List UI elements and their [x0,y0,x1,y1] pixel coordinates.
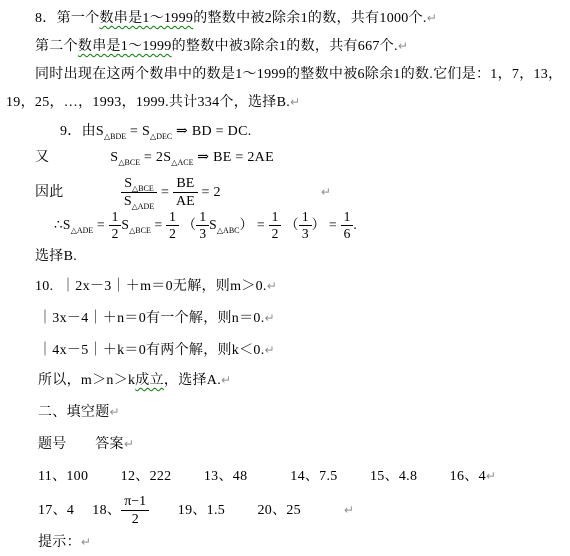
fraction: 13 [299,210,312,243]
formula-q9-result: ∴S△ADE = 12S△BCE = 12 （13S△ABC） = 12 （13… [54,206,357,244]
fraction: 13 [196,210,209,243]
subscript: △ACE [171,158,193,167]
formula-q9-line1: 9．由S△BDE = S△DEC ⇒ BD = DC. [60,122,252,141]
fraction: 16 [341,210,354,243]
text-run: 提示： [38,535,81,550]
para-q8-both-line2: 19，25，…，1993，1999.共计334个，选择B.↵ [6,93,300,112]
fraction-denominator: 6 [341,226,354,242]
text-run: 又 S [35,150,118,165]
para-q9-answer: 选择B. [35,247,77,266]
text-run: ｜4x－5｜＋k＝0有两个解，则k＜0. [38,343,265,358]
text-run: 第二个 [35,39,78,54]
text-run: = [151,217,166,232]
text-run: 的整数中被3除余1的数，共有667个. [172,39,398,54]
formula-q9-line2: 又 S△BCE = 2S△ACE ⇒ BE = 2AE [35,148,274,167]
heading-section2: 二、填空题↵ [38,403,120,422]
fraction: BEAE [173,176,198,210]
paragraph-mark-icon: ↵ [290,95,300,109]
subscript: △DEC [150,132,172,141]
subscript: △ADE [71,226,94,235]
subscript: △BCE [132,184,154,193]
fraction-denominator: 3 [196,226,209,242]
text-run: S [209,217,217,232]
fraction: 12 [269,210,282,243]
fraction-numerator: BE [173,176,198,193]
text-run: 9．由S [60,124,104,139]
answers-row1: 11、100 12、222 13、48 14、7.5 15、4.8 16、4↵ [38,467,496,486]
text-run: = 2S [140,150,171,165]
text-run: = [157,185,173,200]
paragraph-mark-icon: ↵ [267,279,277,293]
fraction-numerator: 1 [299,210,312,227]
paragraph-mark-icon: ↵ [110,405,120,419]
para-q10-line2: ｜3x－4｜＋n＝0有一个解，则n＝0.↵ [38,309,275,328]
text-run: ⇒ BD = DC. [172,124,251,139]
fraction-denominator: 3 [299,226,312,242]
para-q10-answer: 所以，m＞n＞k成立，选择A.↵ [38,371,231,390]
paragraph-mark-icon: ↵ [221,373,231,387]
fraction-denominator: 2 [269,226,282,242]
fraction: S△BCES△ADE [121,176,157,210]
text-run: ｜3x－4｜＋n＝0有一个解，则n＝0. [38,311,265,326]
subscript: △BCE [118,158,140,167]
text-run: 题号 答案 [38,437,124,452]
text-run: 因此 [35,185,121,200]
text-run: 同时出现在这两个数串中的数是1～1999的整数中被6除余1的数.它们是：1，7，… [35,67,562,82]
fraction: 12 [166,210,179,243]
text-run: . [353,217,357,232]
text-run: 11、100 12、222 13、48 14、7.5 15、4.8 16、4 [38,469,486,484]
answers-row2: 17、4 18、π−12 19、1.5 20、25 ↵ [38,494,354,528]
spellcheck-wavy-text: 数串是1～1999 [78,39,172,54]
fraction-numerator: S△BCE [121,176,157,193]
para-hint: 提示：↵ [38,533,91,552]
fraction: 12 [109,210,122,243]
para-q10-line3: ｜4x－5｜＋k＝0有两个解，则k＜0.↵ [38,341,275,360]
text-run: S [124,176,132,191]
spellcheck-wavy-text: 数串是1～1999 [100,11,194,26]
para-q8-series1: 8．第一个数串是1～1999的整数中被2除余1的数，共有1000个.↵ [35,9,437,28]
text-run: ⇒ BE = 2AE [193,150,273,165]
subscript: △BCE [129,226,151,235]
subscript: △ABC [217,226,240,235]
answers-header: 题号 答案↵ [38,435,134,454]
text-run: 10. ｜2x－3｜＋m＝0无解，则m＞0. [35,279,267,294]
text-run: S [121,217,129,232]
text-run: ） = [312,217,341,232]
text-run: 的整数中被2除余1的数，共有1000个. [193,11,427,26]
para-q10-line1: 10. ｜2x－3｜＋m＝0无解，则m＞0.↵ [35,277,277,296]
fraction: π−12 [121,494,149,528]
paragraph-mark-icon: ↵ [344,503,354,517]
paragraph-mark-icon: ↵ [265,343,275,357]
para-q8-series2: 第二个数串是1～1999的整数中被3除余1的数，共有667个.↵ [35,37,408,56]
text-run: （ [179,217,196,232]
fraction-numerator: 1 [269,210,282,227]
text-run: 所以，m＞n＞k [38,373,135,388]
paragraph-mark-icon: ↵ [265,311,275,325]
text-run: （ [281,217,298,232]
fraction-numerator: 1 [109,210,122,227]
text-run: 19，25，…，1993，1999.共计334个，选择B. [6,95,290,110]
text-run: 二、填空题 [38,405,110,420]
spellcheck-wavy-text: 成立 [135,373,164,388]
text-run: 19、1.5 20、25 [149,503,344,518]
text-run: 8．第一个 [35,11,100,26]
text-run: 选择B. [35,249,77,264]
text-run: = 2 [198,185,221,200]
text-run: ） = [240,217,269,232]
fraction-numerator: π−1 [121,494,149,511]
paragraph-mark-icon: ↵ [321,185,331,199]
text-run: = S [126,124,150,139]
paragraph-mark-icon: ↵ [124,437,134,451]
fraction-numerator: 1 [341,210,354,227]
text-run [221,185,321,200]
para-q8-both-line1: 同时出现在这两个数串中的数是1～1999的整数中被6除余1的数.它们是：1，7，… [35,65,562,84]
fraction-numerator: 1 [196,210,209,227]
fraction-denominator: 2 [166,226,179,242]
paragraph-mark-icon: ↵ [398,39,408,53]
document-page: 8．第一个数串是1～1999的整数中被2除余1的数，共有1000个.↵第二个数串… [0,0,570,556]
fraction-denominator: 2 [109,226,122,242]
paragraph-mark-icon: ↵ [81,535,91,549]
text-run: = [93,217,108,232]
subscript: △BDE [104,132,126,141]
text-run: ，选择A. [164,373,221,388]
text-run: 17、4 18、 [38,503,121,518]
paragraph-mark-icon: ↵ [427,11,437,25]
text-run: ∴S [54,217,71,232]
fraction-denominator: 2 [121,511,149,527]
fraction-numerator: 1 [166,210,179,227]
paragraph-mark-icon: ↵ [486,469,496,483]
